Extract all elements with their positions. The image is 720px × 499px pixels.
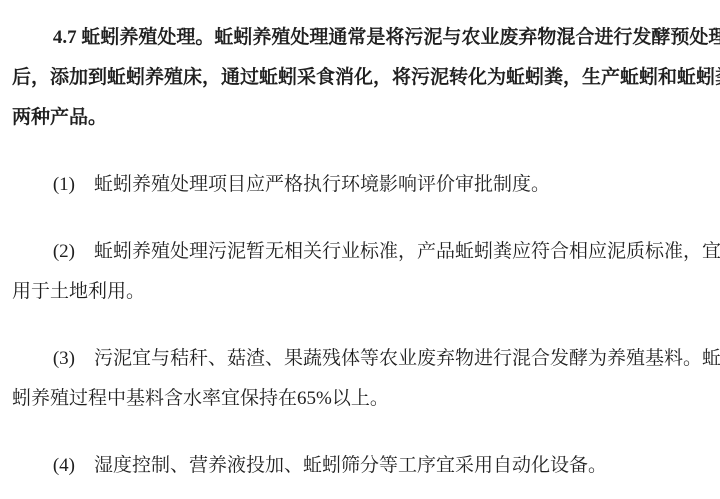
text-line: (2) 蚯蚓养殖处理污泥暂无相关行业标准，产品蚯蚓粪应符合相应泥质标准，宜 (12, 232, 708, 272)
text-line: (3) 污泥宜与秸秆、菇渣、果蔬残体等农业废弃物进行混合发酵为养殖基料。蚯 (12, 339, 708, 379)
text-line: (4) 湿度控制、营养液投加、蚯蚓筛分等工序宜采用自动化设备。 (12, 446, 708, 486)
document-page: 4.7 蚯蚓养殖处理。蚯蚓养殖处理通常是将污泥与农业废弃物混合进行发酵预处理后，… (0, 0, 720, 499)
text-line: 两种产品。 (12, 98, 708, 138)
item-1-paragraph: (1) 蚯蚓养殖处理项目应严格执行环境影响评价审批制度。 (12, 165, 708, 205)
item-4-paragraph: (4) 湿度控制、营养液投加、蚯蚓筛分等工序宜采用自动化设备。 (12, 446, 708, 486)
item-2-paragraph: (2) 蚯蚓养殖处理污泥暂无相关行业标准，产品蚯蚓粪应符合相应泥质标准，宜用于土… (12, 232, 708, 312)
text-line: 4.7 蚯蚓养殖处理。蚯蚓养殖处理通常是将污泥与农业废弃物混合进行发酵预处理 (12, 18, 708, 58)
text-line: 后，添加到蚯蚓养殖床，通过蚯蚓采食消化，将污泥转化为蚯蚓粪，生产蚯蚓和蚯蚓粪 (12, 58, 708, 98)
section-heading-paragraph: 4.7 蚯蚓养殖处理。蚯蚓养殖处理通常是将污泥与农业废弃物混合进行发酵预处理后，… (12, 18, 708, 138)
text-line: (1) 蚯蚓养殖处理项目应严格执行环境影响评价审批制度。 (12, 165, 708, 205)
item-3-paragraph: (3) 污泥宜与秸秆、菇渣、果蔬残体等农业废弃物进行混合发酵为养殖基料。蚯蚓养殖… (12, 339, 708, 419)
text-line: 用于土地利用。 (12, 272, 708, 312)
text-line: 蚓养殖过程中基料含水率宜保持在65%以上。 (12, 379, 708, 419)
